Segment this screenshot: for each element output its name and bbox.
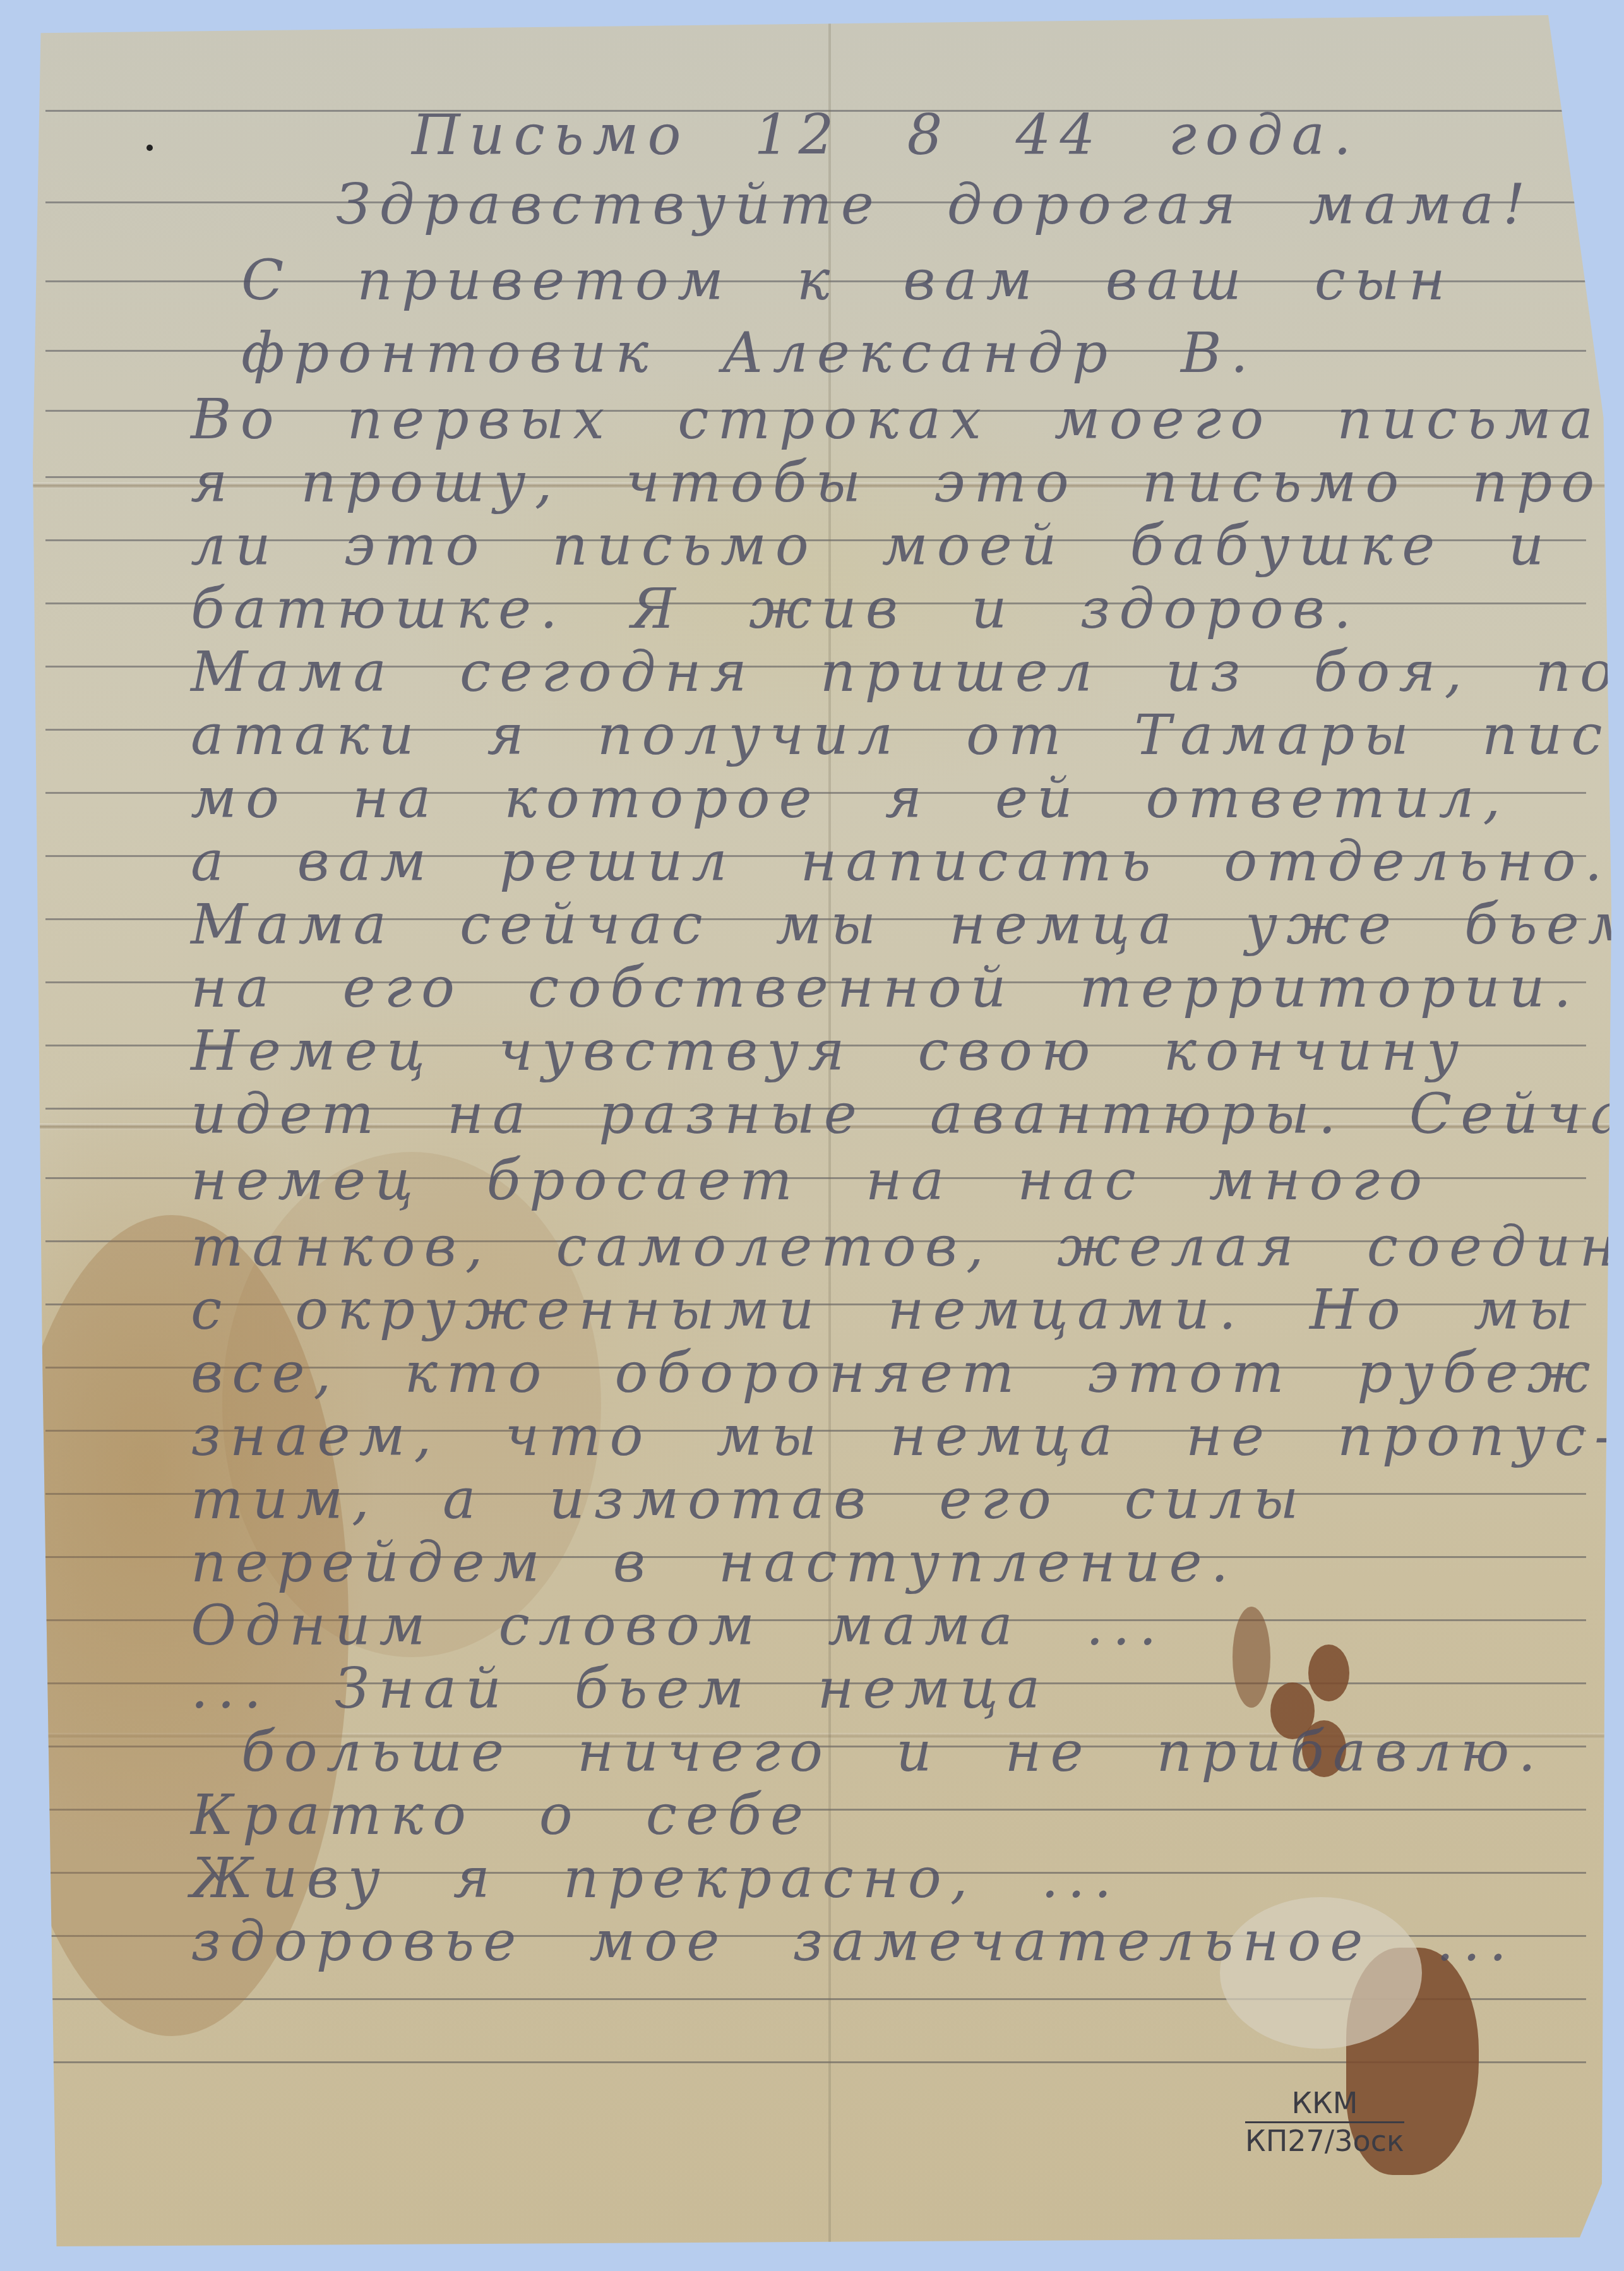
letter-paper: Письмо 12 8 44 года. Здравствуйте дорога… — [33, 15, 1611, 2251]
ink-dot — [146, 145, 153, 151]
museum-mark-bottom: КП27/3оск — [1245, 2123, 1404, 2158]
museum-mark-top: ККМ — [1245, 2087, 1404, 2123]
letter-line: здоровье мое замечательное ... — [191, 1847, 1555, 2036]
museum-catalog-mark: ККМ КП27/3оск — [1245, 2087, 1404, 2158]
